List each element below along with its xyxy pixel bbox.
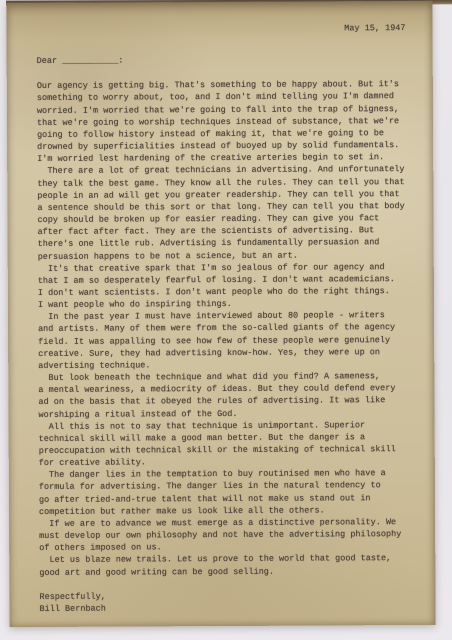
letter-content: May 15, 1947 Dear ___________: Our agenc… [6, 1, 435, 615]
letter-signature: Bill Bernbach [40, 601, 412, 615]
letter-date: May 15, 1947 [36, 22, 408, 36]
letter-body: Our agency is getting big. That's someth… [37, 78, 412, 578]
letter-salutation: Dear ___________: [37, 53, 409, 67]
letter-photo: May 15, 1947 Dear ___________: Our agenc… [0, 0, 452, 640]
letter-paper: May 15, 1947 Dear ___________: Our agenc… [6, 1, 435, 627]
